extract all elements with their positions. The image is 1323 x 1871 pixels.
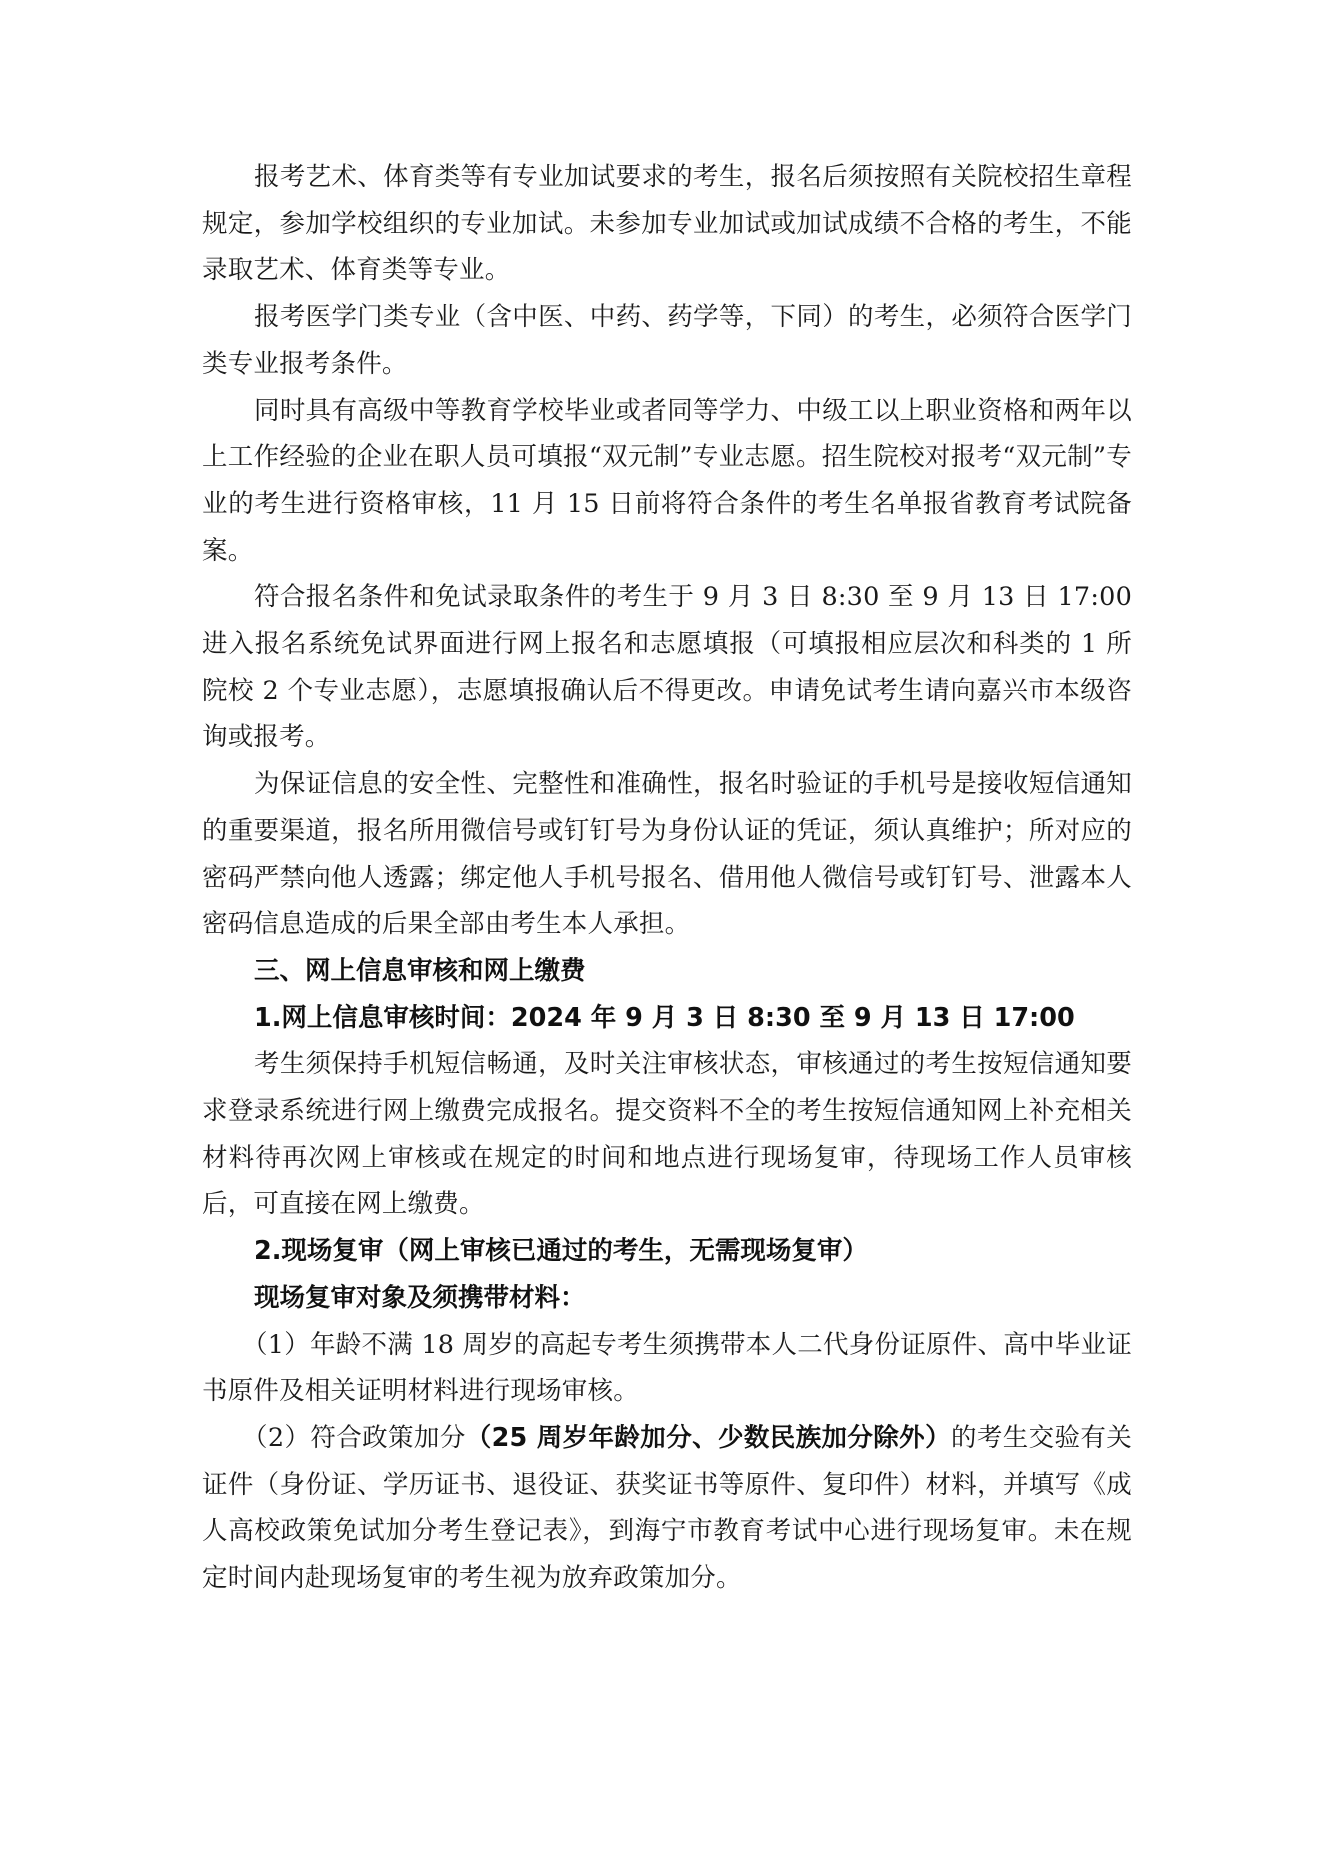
document-page: { "document": { "paragraphs": { "p1": "报… <box>0 0 1323 1871</box>
onsite-review-materials-heading: 现场复审对象及须携带材料： <box>202 1275 1132 1322</box>
list-item-policy-bonus-prefix: （2）符合政策加分 <box>242 1423 466 1453</box>
paragraph-art-sports-requirements: 报考艺术、体育类等有专业加试要求的考生，报名后须按照有关院校招生章程规定，参加学… <box>202 154 1132 294</box>
paragraph-dual-system: 同时具有高级中等教育学校毕业或者同等学力、中级工以上职业资格和两年以上工作经验的… <box>202 388 1132 575</box>
paragraph-exemption-registration: 符合报名条件和免试录取条件的考生于 9 月 3 日 8:30 至 9 月 13 … <box>202 574 1132 761</box>
subsection-heading-onsite-review: 2.现场复审（网上审核已通过的考生，无需现场复审） <box>202 1228 1132 1275</box>
section-heading-online-review: 三、网上信息审核和网上缴费 <box>202 948 1132 995</box>
list-item-under-18: （1）年龄不满 18 周岁的高起专考生须携带本人二代身份证原件、高中毕业证书原件… <box>202 1322 1132 1415</box>
document-body: 报考艺术、体育类等有专业加试要求的考生，报名后须按照有关院校招生章程规定，参加学… <box>202 154 1132 1602</box>
paragraph-information-security: 为保证信息的安全性、完整性和准确性，报名时验证的手机号是接收短信通知的重要渠道，… <box>202 761 1132 948</box>
list-item-policy-bonus: （2）符合政策加分（25 周岁年龄加分、少数民族加分除外）的考生交验有关证件（身… <box>202 1415 1132 1602</box>
paragraph-review-process: 考生须保持手机短信畅通，及时关注审核状态，审核通过的考生按短信通知要求登录系统进… <box>202 1041 1132 1228</box>
subsection-heading-review-time: 1.网上信息审核时间：2024 年 9 月 3 日 8:30 至 9 月 13 … <box>202 995 1132 1042</box>
list-item-policy-bonus-exclusion: （25 周岁年龄加分、少数民族加分除外） <box>466 1423 951 1453</box>
paragraph-medical-requirements: 报考医学门类专业（含中医、中药、药学等，下同）的考生，必须符合医学门类专业报考条… <box>202 294 1132 387</box>
